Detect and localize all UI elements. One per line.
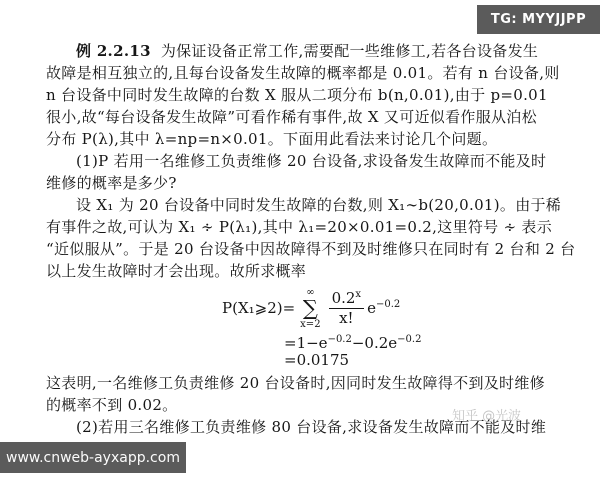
- telegram-watermark-badge: TG: MYYJJPP: [477, 5, 600, 34]
- fraction: 0.2x x!: [329, 289, 365, 328]
- formula-lhs: P(X₁⩾2)=: [222, 299, 295, 317]
- text-line-segment: 为保证设备正常工作,需要配一些维修工,若各台设备发生: [161, 42, 538, 60]
- exponential-term: e−0.2: [367, 299, 400, 317]
- document-body: 例 2.2.13为保证设备正常工作,需要配一些维修工,若各台设备发生 故障是相互…: [46, 40, 558, 438]
- numerator-exponent: x: [355, 289, 361, 300]
- text-line: 分布 P(λ),其中 λ=np=n×0.01。下面用此看法来讨论几个问题。: [46, 128, 558, 150]
- summation: ∞ ∑ x=2: [300, 287, 320, 330]
- text-line: 故障是相互独立的,且每台设备发生故障的概率都是 0.01。若有 n 台设备,则: [46, 62, 558, 84]
- e-base: e: [367, 299, 376, 317]
- zhihu-watermark: 知乎 @光波: [452, 405, 521, 424]
- text-line: n 台设备中同时发生故障的台数 X 服从二项分布 b(n,0.01),由于 p=…: [46, 84, 558, 106]
- formula-line2-exponent-1: −0.2: [328, 334, 352, 345]
- url-watermark-bar: www.cnweb-ayxapp.com: [0, 442, 186, 473]
- scanned-textbook-page: TG: MYYJJPP 例 2.2.13为保证设备正常工作,需要配一些维修工,若…: [0, 0, 600, 480]
- formula-line2-part: −0.2e: [352, 334, 397, 352]
- fraction-numerator: 0.2x: [329, 289, 365, 309]
- sum-lower-limit: x=2: [300, 319, 320, 330]
- formula-line-3: =0.0175: [284, 350, 558, 370]
- text-line: “近似服从”。于是 20 台设备中因故障得不到及时维修只在同时有 2 台和 2 …: [46, 238, 558, 260]
- formula-block: P(X₁⩾2)= ∞ ∑ x=2 0.2x x! e−0.2 =1−e−0.2−…: [222, 286, 558, 370]
- formula-line-2: =1−e−0.2−0.2e−0.2: [284, 330, 558, 350]
- fraction-denominator: x!: [339, 309, 354, 327]
- text-line: 这表明,一名维修工负责维修 20 台设备时,因同时发生故障得不到及时维修: [46, 372, 558, 394]
- text-line: 维修的概率是多少?: [46, 172, 558, 194]
- text-line: 有事件之故,可认为 X₁ ∻ P(λ₁),其中 λ₁=20×0.01=0.2,这…: [46, 216, 558, 238]
- e-exponent: −0.2: [376, 299, 400, 310]
- text-line: 以上发生故障时才会出现。故所求概率: [46, 260, 558, 282]
- formula-line-1: P(X₁⩾2)= ∞ ∑ x=2 0.2x x! e−0.2: [222, 286, 558, 330]
- text-line: 设 X₁ 为 20 台设备中同时发生故障的台数,则 X₁∼b(20,0.01)。…: [46, 194, 558, 216]
- formula-line2-exponent-2: −0.2: [397, 334, 421, 345]
- numerator-base: 0.2: [332, 289, 356, 307]
- example-number: 例 2.2.13: [76, 42, 151, 60]
- text-line: 很小,故“每台设备发生故障”可看作稀有事件,故 X 又可近似看作服从泊松: [46, 106, 558, 128]
- text-line-question-1: (1)P 若用一名维修工负责维修 20 台设备,求设备发生故障而不能及时: [46, 150, 558, 172]
- text-line: 例 2.2.13为保证设备正常工作,需要配一些维修工,若各台设备发生: [46, 40, 558, 62]
- sigma-icon: ∑: [303, 298, 318, 319]
